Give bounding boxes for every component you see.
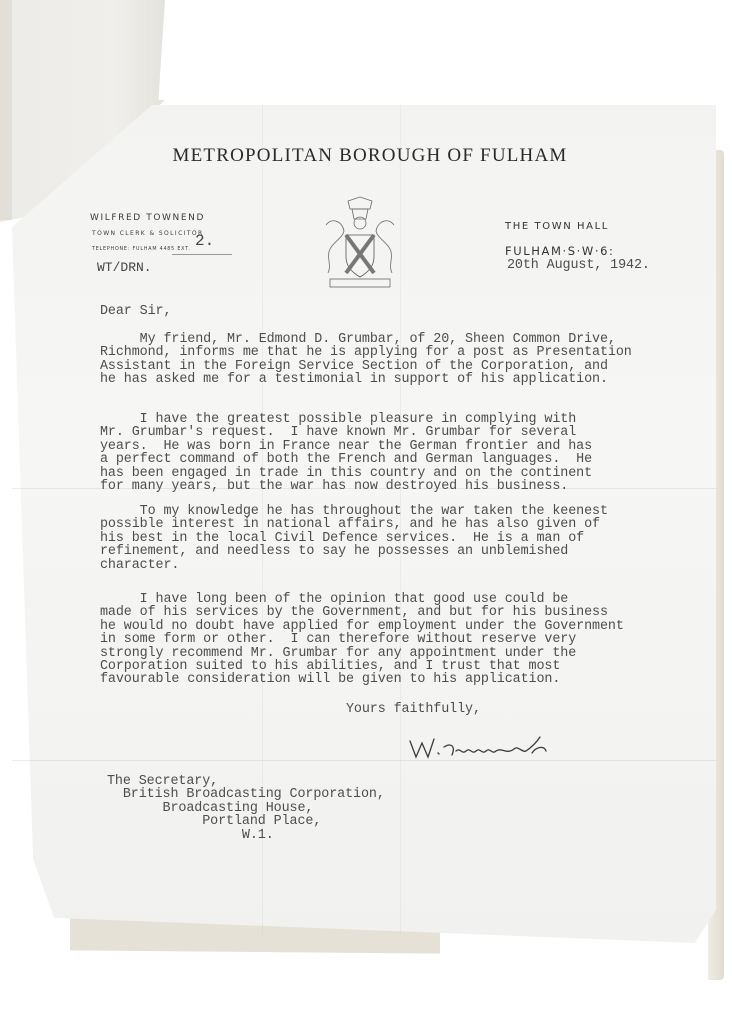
paragraph-2: I have the greatest possible pleasure in… — [100, 413, 592, 493]
salutation: Dear Sir, — [100, 305, 171, 318]
reference-code: WT/DRN. — [97, 260, 152, 275]
letterhead-title: METROPOLITAN BOROUGH OF FULHAM — [130, 145, 610, 167]
recipient-address: The Secretary, British Broadcasting Corp… — [107, 775, 385, 842]
closing: Yours faithfully, — [346, 703, 481, 716]
coat-of-arms-icon — [318, 195, 402, 295]
fold-line — [12, 760, 716, 761]
sender-title: TOWN CLERK & SOLICITOR — [92, 230, 204, 237]
telephone-extension: 2. — [195, 232, 214, 250]
paragraph-3: To my knowledge he has throughout the wa… — [100, 505, 608, 572]
back-sheet-edge — [0, 0, 12, 220]
address-line-2: FULHAM·S·W·6: — [505, 244, 615, 258]
letter-date: 20th August, 1942. — [507, 259, 650, 272]
paragraph-1: My friend, Mr. Edmond D. Grumbar, of 20,… — [100, 333, 632, 387]
telephone-line: TELEPHONE: FULHAM 4485 EXT. — [92, 247, 191, 252]
address-line-1: THE TOWN HALL — [505, 221, 609, 232]
signature-icon — [406, 733, 576, 763]
telephone-rule — [172, 254, 232, 255]
paragraph-4: I have long been of the opinion that goo… — [100, 593, 624, 687]
sender-name: WILFRED TOWNEND — [90, 213, 205, 223]
